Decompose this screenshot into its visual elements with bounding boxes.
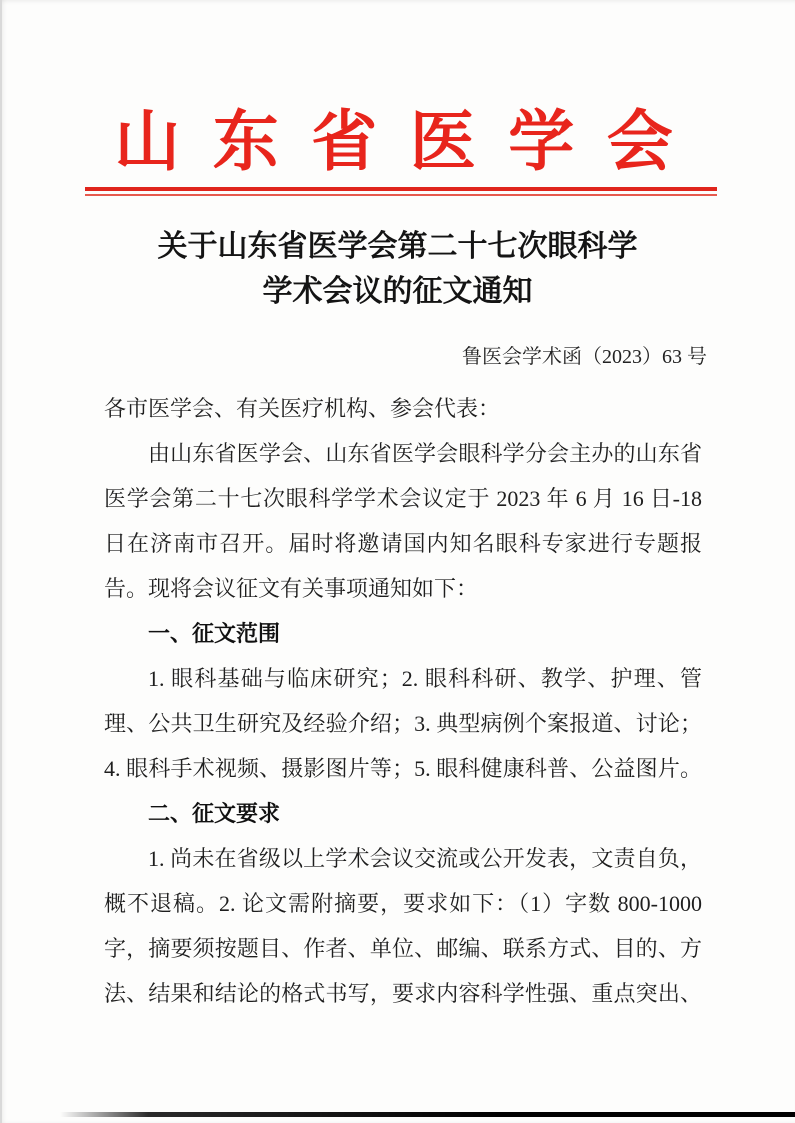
divider-thin-rule [85,194,717,196]
body-line: 日在济南市召开。届时将邀请国内知名眼科专家进行专题报 [104,521,702,566]
section-heading-requirements: 二、征文要求 [104,791,702,836]
letterhead-divider [85,187,717,196]
body-line: 医学会第二十七次眼科学学术会议定于 2023 年 6 月 16 日-18 [104,476,702,521]
document-title: 关于山东省医学会第二十七次眼科学 学术会议的征文通知 [0,224,795,314]
scan-edge-left [0,0,2,1123]
section-heading-scope: 一、征文范围 [104,611,702,656]
body-line: 字，摘要须按题目、作者、单位、邮编、联系方式、目的、方 [104,926,702,971]
scanned-document-page: 山 东 省 医 学 会 关于山东省医学会第二十七次眼科学 学术会议的征文通知 鲁… [0,0,795,1123]
reference-number: 鲁医会学术函（2023）63 号 [462,340,707,369]
body-line: 告。现将会议征文有关事项通知如下： [104,566,702,611]
body-line: 法、结果和结论的格式书写，要求内容科学性强、重点突出、 [104,971,702,1016]
letterhead-org-name: 山 东 省 医 学 会 [0,88,795,183]
salutation-line: 各市医学会、有关医疗机构、参会代表： [104,386,702,431]
body-line: 由山东省医学会、山东省医学会眼科学分会主办的山东省 [104,431,702,476]
body-line: 1. 尚未在省级以上学术会议交流或公开发表，文责自负， [104,836,702,881]
divider-thick-rule [85,187,717,191]
body-line: 理、公共卫生研究及经验介绍；3. 典型病例个案报道、讨论； [104,701,702,746]
document-body: 各市医学会、有关医疗机构、参会代表： 由山东省医学会、山东省医学会眼科学分会主办… [104,386,702,1016]
document-title-line1: 关于山东省医学会第二十七次眼科学 [0,224,795,269]
body-line: 1. 眼科基础与临床研究；2. 眼科科研、教学、护理、管 [104,656,702,701]
body-line: 4. 眼科手术视频、摄影图片等；5. 眼科健康科普、公益图片。 [104,746,702,791]
scan-edge-bottom [60,1112,795,1117]
document-title-line2: 学术会议的征文通知 [0,269,795,314]
body-line: 概不退稿。2. 论文需附摘要，要求如下：（1）字数 800-1000 [104,881,702,926]
